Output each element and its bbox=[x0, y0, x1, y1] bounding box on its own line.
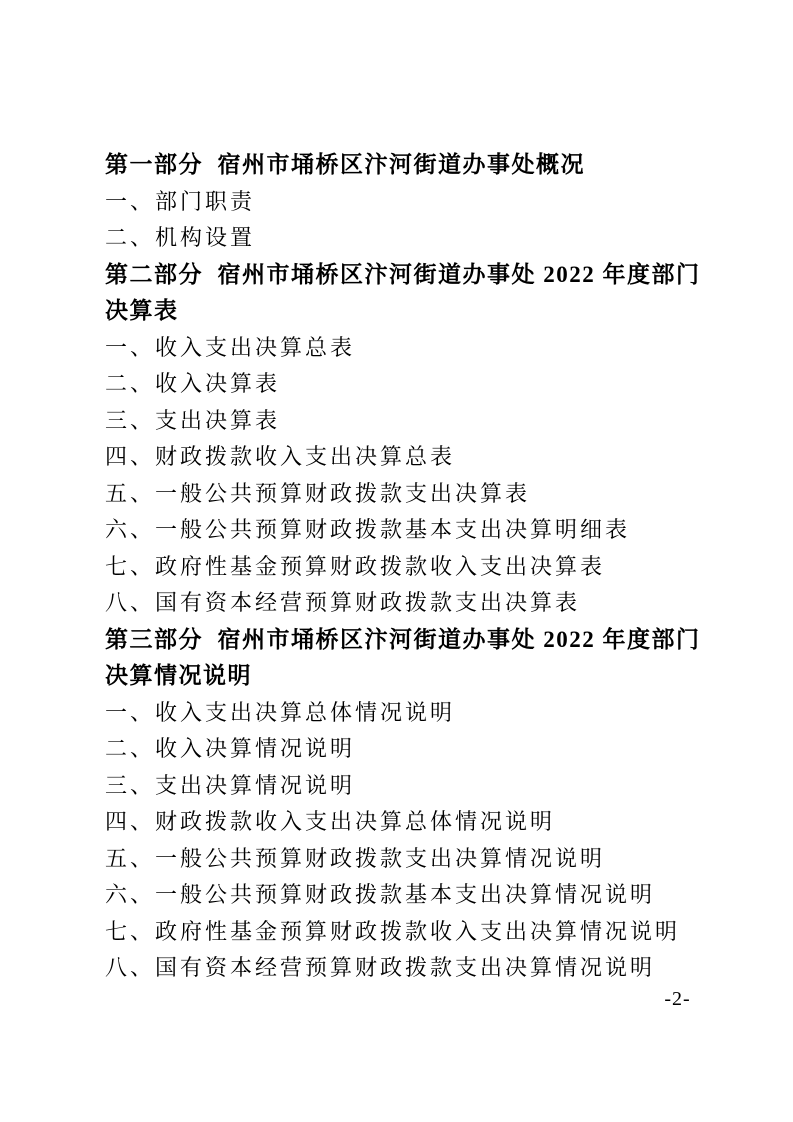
toc-item-part2-1: 一、收入支出决算总表 bbox=[105, 330, 711, 367]
toc-item-part2-3: 三、支出决算表 bbox=[105, 403, 711, 440]
toc-item-part3-6: 六、一般公共预算财政拨款基本支出决算情况说明 bbox=[105, 877, 711, 914]
toc-item-part3-2: 二、收入决算情况说明 bbox=[105, 731, 711, 768]
toc-item-part3-4: 四、财政拨款收入支出决算总体情况说明 bbox=[105, 804, 711, 841]
page-number: -2- bbox=[655, 988, 700, 1010]
toc-item-part3-8: 八、国有资本经营预算财政拨款支出决算情况说明 bbox=[105, 950, 711, 987]
toc-item-part3-3: 三、支出决算情况说明 bbox=[105, 768, 711, 805]
toc-item-part2-4: 四、财政拨款收入支出决算总表 bbox=[105, 439, 711, 476]
toc-item-part2-6: 六、一般公共预算财政拨款基本支出决算明细表 bbox=[105, 512, 711, 549]
toc-item-part3-7: 七、政府性基金预算财政拨款收入支出决算情况说明 bbox=[105, 914, 711, 951]
toc-item-part1-2: 二、机构设置 bbox=[105, 220, 711, 257]
toc-item-part2-7: 七、政府性基金预算财政拨款收入支出决算表 bbox=[105, 549, 711, 586]
toc-item-part2-2: 二、收入决算表 bbox=[105, 366, 711, 403]
toc-item-part2-8: 八、国有资本经营预算财政拨款支出决算表 bbox=[105, 585, 711, 622]
toc-item-part2-5: 五、一般公共预算财政拨款支出决算表 bbox=[105, 476, 711, 513]
toc-item-part1-1: 一、部门职责 bbox=[105, 184, 711, 221]
table-of-contents: 第一部分 宿州市埇桥区汴河街道办事处概况 一、部门职责 二、机构设置 第二部分 … bbox=[105, 147, 711, 987]
document-page: 第一部分 宿州市埇桥区汴河街道办事处概况 一、部门职责 二、机构设置 第二部分 … bbox=[0, 0, 793, 1122]
toc-item-part3-1: 一、收入支出决算总体情况说明 bbox=[105, 695, 711, 732]
part3-heading-line1: 第三部分 宿州市埇桥区汴河街道办事处 2022 年度部门 bbox=[105, 622, 711, 659]
part2-heading-line2: 决算表 bbox=[105, 293, 711, 330]
part3-heading-line2: 决算情况说明 bbox=[105, 658, 711, 695]
part2-heading-line1: 第二部分 宿州市埇桥区汴河街道办事处 2022 年度部门 bbox=[105, 257, 711, 294]
part1-heading: 第一部分 宿州市埇桥区汴河街道办事处概况 bbox=[105, 147, 711, 184]
toc-item-part3-5: 五、一般公共预算财政拨款支出决算情况说明 bbox=[105, 841, 711, 878]
